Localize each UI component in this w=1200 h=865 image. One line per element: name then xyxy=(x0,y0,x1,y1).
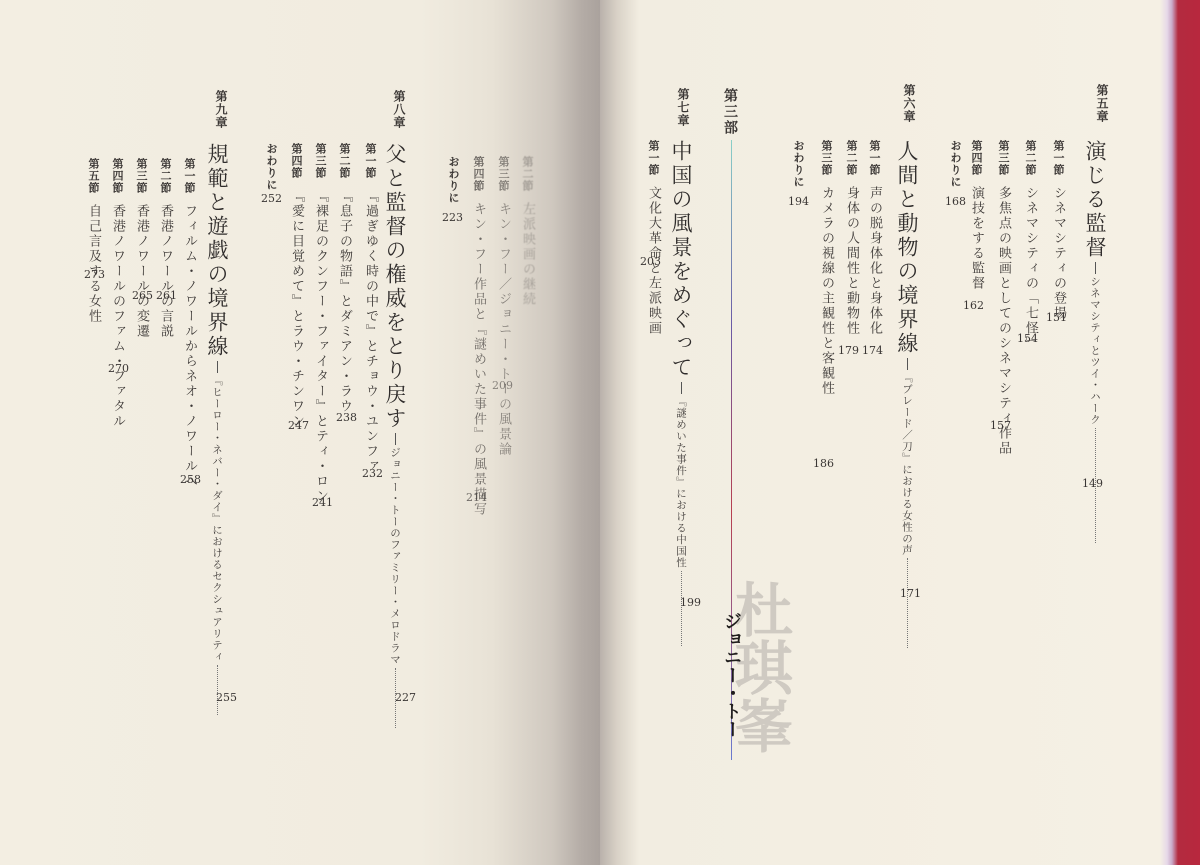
section-page: 186 xyxy=(813,458,834,469)
chapter9-heading: 規範と遊戯の境界線『ヒーロー・ネバー・ダイ』におけるセクシュアリティ xyxy=(206,143,227,717)
section-page: 258 xyxy=(180,474,201,485)
section-page: 238 xyxy=(336,412,357,423)
em-dash xyxy=(1095,262,1096,274)
section-page: 247 xyxy=(288,420,309,431)
section-page: 194 xyxy=(788,196,809,207)
chapter7-heading: 中国の風景をめぐって『謎めいた事件』における中国性 xyxy=(670,140,691,648)
chapter8-label: 第八章 xyxy=(393,90,405,129)
chapter8-subtitle: ジョニー・トーのファミリー・メロドラマ xyxy=(389,447,401,666)
section-page: 179 xyxy=(838,345,859,356)
section-page: 265 xyxy=(132,290,153,301)
toc-afterword[interactable]: おわりに xyxy=(793,140,804,188)
chapter5-title: 演じる監督 xyxy=(1083,140,1107,260)
em-dash xyxy=(217,361,218,373)
toc-section[interactable]: 第二節香港ノワールの言説 xyxy=(157,158,173,339)
toc-section[interactable]: 第三節『裸足のクンフー・ファイター』とティ・ロン xyxy=(312,143,328,504)
chapter7-subtitle: 『謎めいた事件』における中国性 xyxy=(675,396,687,569)
toc-afterword[interactable]: おわりに xyxy=(266,143,277,191)
chapter8-page: 227 xyxy=(395,692,416,703)
part3-label: 第三部 xyxy=(723,88,737,136)
toc-afterword[interactable]: おわりに xyxy=(950,140,961,188)
toc-section[interactable]: 第二節左派映画の継続 xyxy=(519,156,535,307)
toc-section[interactable]: 第一節『過ぎゆく時の中で』とチョウ・ユンファ xyxy=(362,143,378,474)
toc-section[interactable]: 第五節自己言及する女性 xyxy=(85,158,101,324)
chapter7-page: 199 xyxy=(680,597,701,608)
section-page: 270 xyxy=(108,363,129,374)
chapter7-title: 中国の風景をめぐって xyxy=(669,140,693,380)
leader-dots xyxy=(907,558,908,648)
section-page: 168 xyxy=(945,196,966,207)
toc-section[interactable]: 第四節『愛に目覚めて』とラウ・チンワン xyxy=(288,143,304,429)
toc-section[interactable]: 第一節シネマシティの登場 xyxy=(1050,140,1066,321)
chapter6-subtitle: 『ブレード／刀』における女性の声 xyxy=(901,372,913,556)
section-page: 209 xyxy=(492,380,513,391)
section-page: 223 xyxy=(442,212,463,223)
chapter6-page: 171 xyxy=(900,588,921,599)
chapter9-label: 第九章 xyxy=(215,90,227,129)
section-page: 154 xyxy=(1017,333,1038,344)
toc-section[interactable]: 第四節キン・フー作品と『謎めいた事件』の風景描写 xyxy=(470,156,486,517)
section-page: 214 xyxy=(466,492,487,503)
toc-section[interactable]: 第一節文化大革命と左派映画 xyxy=(645,140,661,336)
chapter7-label: 第七章 xyxy=(677,88,689,127)
section-page: 232 xyxy=(362,468,383,479)
toc-afterword[interactable]: おわりに xyxy=(448,156,459,204)
chapter9-title: 規範と遊戯の境界線 xyxy=(205,143,229,359)
chapter9-subtitle: 『ヒーロー・ネバー・ダイ』におけるセクシュアリティ xyxy=(211,375,223,663)
toc-section[interactable]: 第二節身体の人間性と動物性 xyxy=(843,140,859,336)
toc-section[interactable]: 第四節香港ノワールのファム・ファタル xyxy=(109,158,125,429)
em-dash xyxy=(907,358,908,370)
toc-section[interactable]: 第四節演技をする監督 xyxy=(968,140,984,291)
toc-section[interactable]: 第一節フィルム・ノワールからネオ・ノワールへ xyxy=(181,158,197,489)
em-dash xyxy=(395,433,396,445)
section-page: 174 xyxy=(862,345,883,356)
section-page: 273 xyxy=(84,269,105,280)
section-page: 252 xyxy=(261,193,282,204)
toc-section[interactable]: 第三節カメラの視線の主観性と客観性 xyxy=(818,140,834,396)
toc-section[interactable]: 第三節多焦点の映画としてのシネマシティ作品 xyxy=(995,140,1011,456)
chapter8-heading: 父と監督の権威をとり戻すジョニー・トーのファミリー・メロドラマ xyxy=(384,143,405,730)
section-page: 151 xyxy=(1046,312,1067,323)
chapter6-heading: 人間と動物の境界線『ブレード／刀』における女性の声 xyxy=(896,140,917,650)
toc-section[interactable]: 第二節『息子の物語』とダミアン・ラウ xyxy=(336,143,352,414)
section-page: 261 xyxy=(156,290,177,301)
em-dash xyxy=(681,382,682,394)
chapter8-title: 父と監督の権威をとり戻す xyxy=(383,143,407,431)
chapter5-subtitle: シネマシティとツイ・ハーク xyxy=(1089,276,1101,426)
section-page: 241 xyxy=(312,497,333,508)
leader-dots xyxy=(217,665,218,715)
section-page: 203 xyxy=(640,256,661,267)
chapter6-title: 人間と動物の境界線 xyxy=(895,140,919,356)
chapter5-page: 149 xyxy=(1082,478,1103,489)
book-cover-edge xyxy=(1160,0,1200,865)
chapter9-page: 255 xyxy=(216,692,237,703)
chapter6-label: 第六章 xyxy=(903,84,915,123)
chapter5-label: 第五章 xyxy=(1096,84,1108,123)
toc-section[interactable]: 第三節キン・フー／ジョニー・トーの風景論 xyxy=(495,156,511,457)
section-page: 162 xyxy=(963,300,984,311)
toc-section[interactable]: 第二節シネマシティの「七怪」 xyxy=(1022,140,1038,351)
section-page: 157 xyxy=(990,420,1011,431)
author-kana: ジョニー・トー xyxy=(722,612,740,738)
toc-section[interactable]: 第一節声の脱身体化と身体化 xyxy=(866,140,882,336)
toc-section[interactable]: 第三節香港ノワールの変遷 xyxy=(133,158,149,339)
